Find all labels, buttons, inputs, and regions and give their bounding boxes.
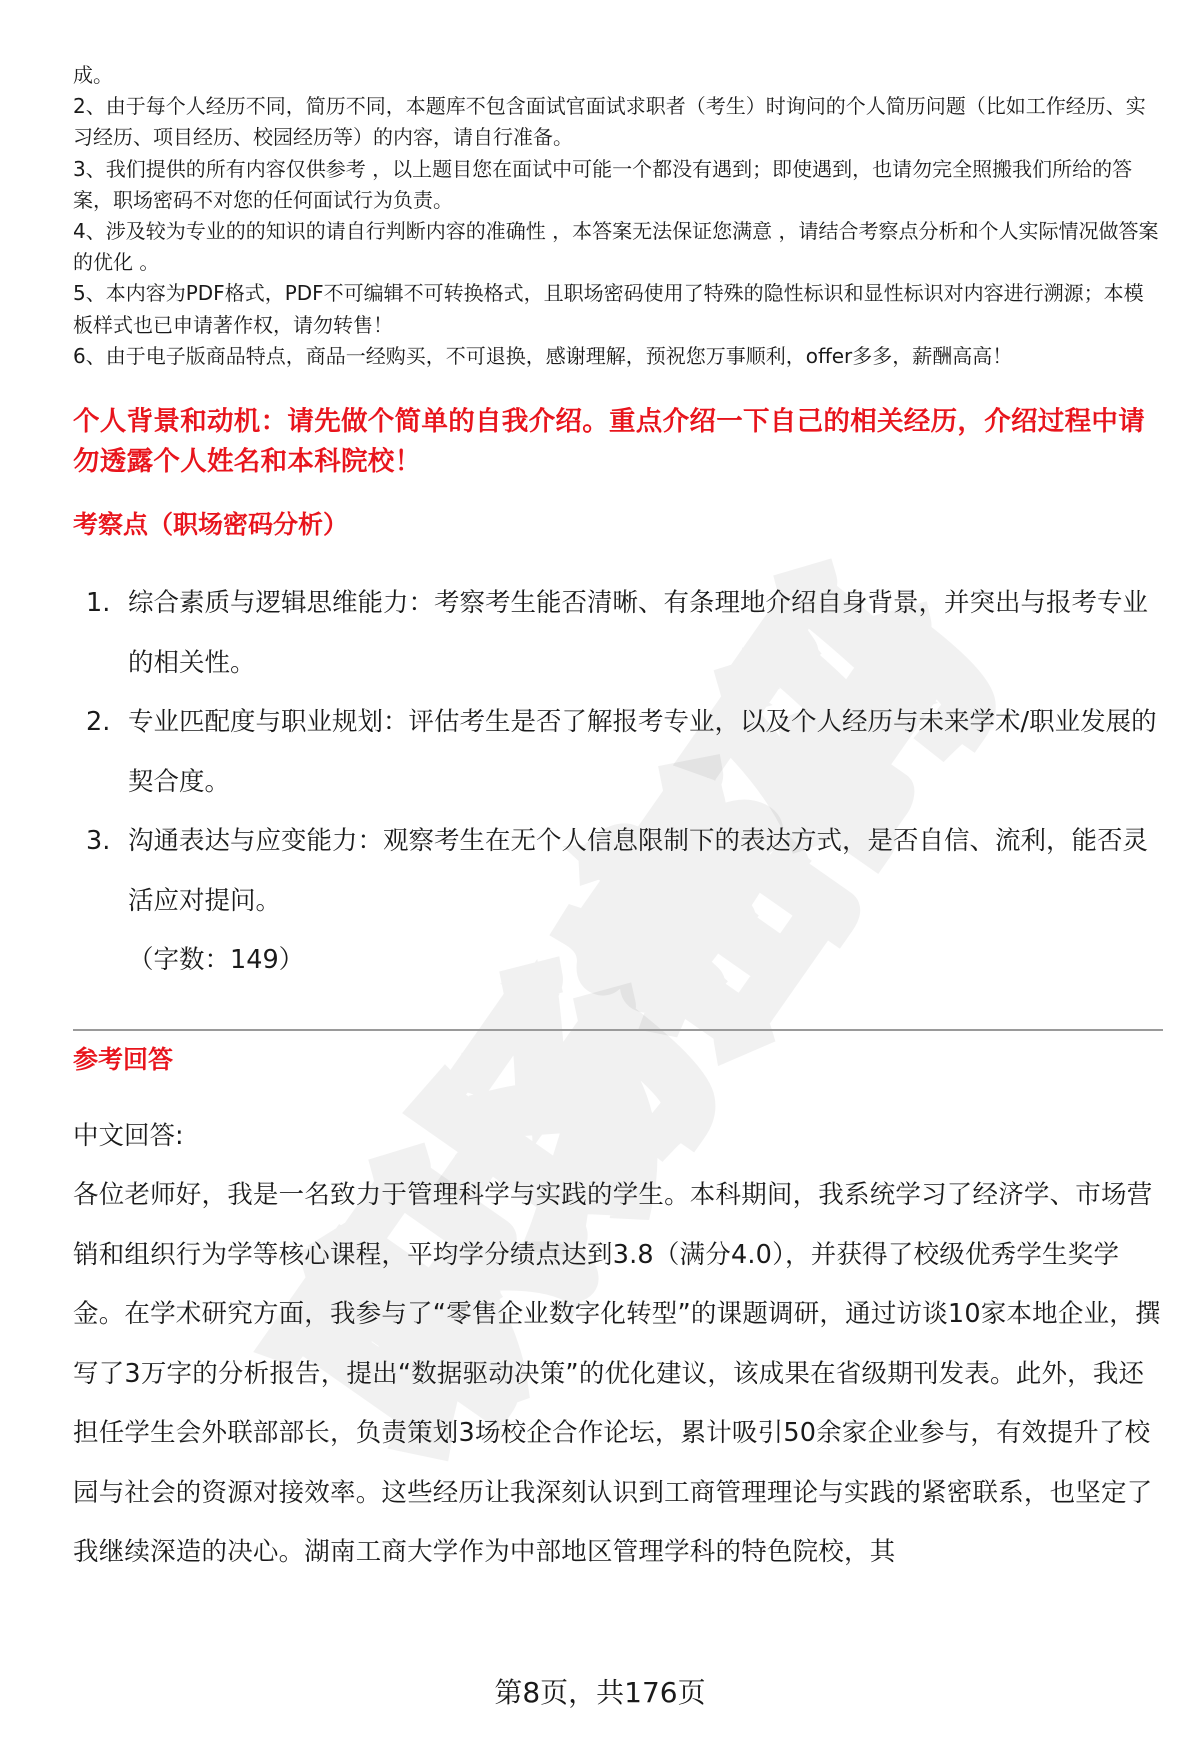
point-text: 沟通表达与应变能力：观察考生在无个人信息限制下的表达方式，是否自信、流利，能否灵… xyxy=(128,826,1148,916)
point-number: 3. xyxy=(86,812,110,872)
disclaimer-line: 3、我们提供的所有内容仅供参考 ，以上题目您在面试中可能一个都没有遇到；即使遇到… xyxy=(73,154,1163,216)
disclaimer-notes: 成。 2、由于每个人经历不同，简历不同，本题库不包含面试官面试求职者（考生）时询… xyxy=(73,60,1163,372)
point-text: 综合素质与逻辑思维能力：考察考生能否清晰、有条理地介绍自身背景，并突出与报考专业… xyxy=(128,588,1148,678)
point-text: 专业匹配度与职业规划：评估考生是否了解报考专业，以及个人经历与未来学术/职业发展… xyxy=(128,707,1157,797)
answer-body: 各位老师好，我是一名致力于管理科学与实践的学生。本科期间，我系统学习了经济学、市… xyxy=(73,1166,1163,1583)
point-number: 1. xyxy=(86,574,110,634)
document-page: 职场密码 成。 2、由于每个人经历不同，简历不同，本题库不包含面试官面试求职者（… xyxy=(0,0,1200,1755)
analysis-points-list: 1. 综合素质与逻辑思维能力：考察考生能否清晰、有条理地介绍自身背景，并突出与报… xyxy=(73,574,1163,931)
word-count: （字数：149） xyxy=(73,931,1163,991)
answer-language-label: 中文回答: xyxy=(73,1107,1163,1167)
analysis-point: 3. 沟通表达与应变能力：观察考生在无个人信息限制下的表达方式，是否自信、流利，… xyxy=(73,812,1163,931)
point-number: 2. xyxy=(86,693,110,753)
disclaimer-line: 6、由于电子版商品特点，商品一经购买，不可退换，感谢理解，预祝您万事顺利，off… xyxy=(73,341,1163,372)
analysis-point: 2. 专业匹配度与职业规划：评估考生是否了解报考专业，以及个人经历与未来学术/职… xyxy=(73,693,1163,812)
disclaimer-line: 5、本内容为PDF格式，PDF不可编辑不可转换格式，且职场密码使用了特殊的隐性标… xyxy=(73,278,1163,340)
page-indicator: 第8页，共176页 xyxy=(0,1673,1200,1713)
page-content: 成。 2、由于每个人经历不同，简历不同，本题库不包含面试官面试求职者（考生）时询… xyxy=(73,60,1163,1583)
disclaimer-line: 2、由于每个人经历不同，简历不同，本题库不包含面试官面试求职者（考生）时询问的个… xyxy=(73,91,1163,153)
answer-heading: 参考回答 xyxy=(73,1043,1163,1077)
section-divider xyxy=(73,1029,1163,1031)
disclaimer-line: 4、涉及较为专业的的知识的请自行判断内容的准确性 ，本答案无法保证您满意 ，请结… xyxy=(73,216,1163,278)
analysis-heading: 考察点（职场密码分析） xyxy=(73,508,1163,542)
disclaimer-line: 成。 xyxy=(73,60,1163,91)
question-title: 个人背景和动机：请先做个简单的自我介绍。重点介绍一下自己的相关经历，介绍过程中请… xyxy=(73,402,1163,482)
analysis-point: 1. 综合素质与逻辑思维能力：考察考生能否清晰、有条理地介绍自身背景，并突出与报… xyxy=(73,574,1163,693)
